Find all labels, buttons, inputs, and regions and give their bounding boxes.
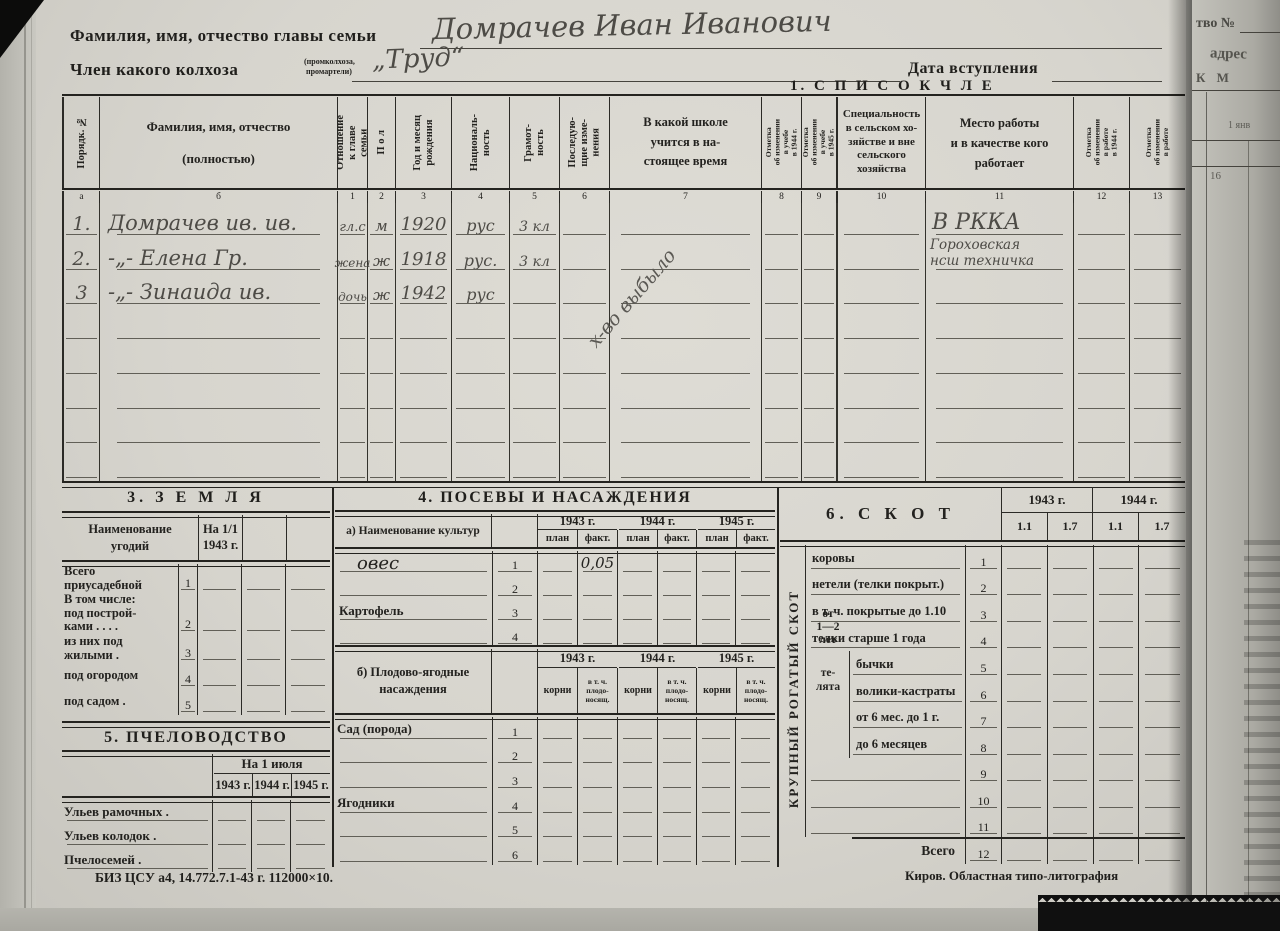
crops-row: 6	[335, 840, 775, 865]
col-num-header: Порядк. №	[62, 97, 100, 188]
member-cell	[802, 203, 838, 238]
member-sex: м	[368, 203, 396, 238]
member-row-empty	[62, 377, 1185, 412]
member-cell	[802, 238, 838, 273]
member-cell	[762, 203, 802, 238]
member-nationality: рус	[452, 203, 510, 238]
crops-b-label: б) Плодово-ягодные насаждения	[335, 649, 492, 713]
section-divider	[777, 487, 779, 867]
writing-line	[420, 48, 1162, 49]
bees-rows: Ульев рамочных . Ульев колодок . Пчелосе…	[62, 800, 330, 872]
col-number: 12	[1074, 191, 1130, 203]
member-cell	[762, 273, 802, 308]
col-letter: б	[100, 191, 338, 203]
member-row: 1. Домрачев ив. ив. гл.с м 1920 рус 3 кл…	[62, 203, 1185, 238]
member-literacy: 3 кл	[510, 238, 560, 273]
col-letter: а	[62, 191, 100, 203]
section-crops: 4. ПОСЕВЫ И НАСАЖДЕНИЯ а) Наименование к…	[335, 487, 775, 865]
writing-line	[1052, 81, 1162, 82]
member-sex: ж	[368, 273, 396, 308]
land-row: под садом . 5	[62, 689, 330, 715]
members-col-numbers: а б 1 2 3 4 5 6 7 8 9 10 11 12 13	[62, 191, 1185, 203]
member-name: Домрачев ив. ив.	[100, 203, 338, 238]
member-name: -„- Елена Гр.	[100, 238, 338, 273]
join-date-label: Дата вступления	[908, 60, 1038, 78]
member-name: -„- Зинаида ив.	[100, 273, 338, 308]
print-code: БИЗ ЦСУ а4, 14.772.7.1-43 г. 112000×10.	[95, 870, 333, 886]
crops-b-rows: Сад (порода) 1 2 3 Ягодники	[335, 717, 775, 865]
members-table-header: Порядк. № Фамилия, имя, отчество(полност…	[62, 97, 1185, 190]
scan-edge-stripes	[1244, 540, 1280, 900]
crops-row: 2	[335, 742, 775, 767]
livestock-title: 6. С К О Т	[780, 487, 1002, 540]
crops-row: Сад (порода) 1	[335, 717, 775, 742]
land-col-blank	[243, 515, 287, 560]
livestock-group-calves: те- лята	[806, 653, 850, 708]
scanned-form: Фамилия, имя, отчество главы семьи Домра…	[0, 0, 1280, 931]
bees-year: 1943 г.	[214, 774, 253, 796]
member-cell	[560, 203, 610, 238]
livestock-year: 1943 г.	[1002, 487, 1093, 513]
book-gutter-shadow	[1168, 0, 1192, 931]
member-sex: ж	[368, 238, 396, 273]
member-cell	[560, 238, 610, 273]
col-sex-header: П о л	[368, 97, 396, 188]
kolkhoz-value: „Труд“	[372, 42, 465, 75]
bees-year: 1944 г.	[253, 774, 292, 796]
crops-year: 1944 г.	[619, 514, 696, 530]
col-mark-study-45-header: Отметка об изменении в учебе в 1945 г.	[802, 97, 838, 188]
head-of-family-label: Фамилия, имя, отчество главы семьи	[70, 26, 377, 46]
land-col-blank	[287, 515, 330, 560]
livestock-vertical-label: КРУПНЫЙ РОГАТЫЙ СКОТ	[782, 553, 805, 845]
crops-year: 1943 г.	[538, 514, 617, 530]
member-literacy: 3 кл	[510, 203, 560, 238]
table-top-rule	[62, 94, 1185, 96]
member-cell	[838, 203, 926, 238]
crops-row: 4	[335, 623, 775, 647]
bees-label-col	[62, 754, 213, 796]
section-bees: 5. ПЧЕЛОВОДСТВО На 1 июля 1943 г. 1944 г…	[62, 727, 330, 872]
col-number: 11	[926, 191, 1074, 203]
member-cell	[838, 273, 926, 308]
col-number: 5	[510, 191, 560, 203]
land-col-label: Наименование угодий	[62, 515, 199, 560]
crops-a-label: а) Наименование культур	[335, 514, 492, 547]
member-cell	[560, 273, 610, 308]
crops-row: Картофель 3	[335, 599, 775, 623]
bees-row: Пчелосемей .	[62, 848, 330, 872]
adjacent-frag: К М	[1196, 70, 1233, 86]
member-birth: 1918	[396, 238, 452, 273]
section-divider	[332, 487, 334, 867]
member-cell	[838, 238, 926, 273]
member-workplace: В РККА	[926, 203, 1074, 238]
crops-row: 2	[335, 575, 775, 599]
member-cell	[1074, 273, 1130, 308]
col-number: 2	[368, 191, 396, 203]
kolkhoz-sub1: (промколхоза,	[304, 57, 355, 66]
member-workplace: Гороховская нсш техничка	[926, 238, 1074, 273]
section-land: 3. З Е М Л Я Наименование угодий На 1/1 …	[62, 487, 330, 715]
member-nationality: рус.	[452, 238, 510, 273]
book-left-edge	[0, 0, 36, 931]
member-row-empty	[62, 446, 1185, 481]
adjacent-frag: 1 янв	[1228, 120, 1250, 131]
col-number: 9	[802, 191, 838, 203]
list-section-title: 1. С П И С О К Ч Л Е	[790, 78, 995, 95]
member-row-empty	[62, 342, 1185, 377]
col-relation-header: Отношение к главе семьи	[338, 97, 368, 188]
crops-num-col	[493, 649, 538, 713]
member-birth: 1920	[396, 203, 452, 238]
printer-name: Киров. Областная типо-литография	[905, 868, 1118, 884]
crops-row: овес 1 0,05	[335, 551, 775, 575]
crops-row: 5	[335, 816, 775, 841]
land-row: под огородом 4	[62, 663, 330, 689]
col-mark-study-44-header: Отметка об изменении в учебе в 1944 г.	[762, 97, 802, 188]
col-school-header: В какой школе учится в на- стоящее время	[610, 97, 762, 188]
land-rows: Всего приусадебной 1 В том числе: под по…	[62, 564, 330, 715]
col-literacy-header: Грамот- ность	[510, 97, 560, 188]
bees-row: Ульев рамочных .	[62, 800, 330, 824]
col-number: 10	[838, 191, 926, 203]
member-num: 1.	[62, 203, 100, 238]
kolkhoz-label: Член какого колхоза	[70, 60, 238, 80]
member-cell	[926, 273, 1074, 308]
binding-serrated-edge	[1038, 902, 1280, 931]
livestock-row: от 6 мес. до 1 г. 7	[780, 705, 1185, 732]
members-rows: 1. Домрачев ив. ив. гл.с м 1920 рус 3 кл…	[62, 203, 1185, 481]
col-name-header: Фамилия, имя, отчество(полностью)	[100, 97, 338, 188]
member-cell	[762, 238, 802, 273]
col-subsequent-header: Последую- щие изме- нения	[560, 97, 610, 188]
section-livestock: 6. С К О Т 1943 г. 1944 г. 1.1 1.7 1.1 1…	[780, 487, 1185, 867]
livestock-group-1-2-years: от 1—2 лет	[806, 600, 850, 655]
bees-date-header: На 1 июля	[214, 754, 330, 774]
land-col-1943: На 1/1 1943 г.	[199, 515, 243, 560]
livestock-row: Всего 12	[780, 837, 1185, 864]
kolkhoz-sub2: промартели)	[306, 67, 352, 76]
col-nationality-header: Националь- ность	[452, 97, 510, 188]
col-number: 6	[560, 191, 610, 203]
col-number: 3	[396, 191, 452, 203]
adjacent-frag: 16	[1210, 170, 1221, 182]
col-number: 7	[610, 191, 762, 203]
member-row: 2. -„- Елена Гр. жена ж 1918 рус. 3 кл Г…	[62, 238, 1185, 273]
livestock-row: нетели (телки покрыт.) 2	[780, 572, 1185, 599]
livestock-total-label: Всего	[806, 837, 965, 864]
member-relation: дочь	[338, 273, 368, 308]
member-cell	[510, 273, 560, 308]
total-rule	[852, 837, 1185, 839]
land-row: Всего приусадебной 1	[62, 564, 330, 593]
crops-row: 3	[335, 766, 775, 791]
land-row: из них под жилыми . 3	[62, 634, 330, 663]
member-nationality: рус	[452, 273, 510, 308]
adjacent-frag: адрес	[1210, 45, 1248, 63]
bees-year: 1945 г.	[292, 774, 330, 796]
member-num: 3	[62, 273, 100, 308]
col-specialty-header: Специальность в сельском хо- зяйстве и в…	[838, 97, 926, 188]
livestock-row: 10	[780, 784, 1185, 811]
member-birth: 1942	[396, 273, 452, 308]
crops-row: Ягодники 4	[335, 791, 775, 816]
land-title: 3. З Е М Л Я	[62, 489, 330, 507]
livestock-row: коровы 1	[780, 545, 1185, 572]
member-relation: жена	[338, 238, 368, 273]
crops-year: 1945 г.	[698, 514, 775, 530]
member-cell	[1074, 203, 1130, 238]
col-workplace-header: Место работы и в качестве кого работает	[926, 97, 1074, 188]
livestock-row: 11	[780, 811, 1185, 838]
member-cell	[802, 273, 838, 308]
col-number: 1	[338, 191, 368, 203]
member-cell	[610, 238, 762, 273]
member-num: 2.	[62, 238, 100, 273]
livestock-row: до 6 месяцев 8	[780, 731, 1185, 758]
col-number: 8	[762, 191, 802, 203]
col-birth-header: Год и месяц рождения	[396, 97, 452, 188]
land-row: В том числе: под построй- ками . . . . 2	[62, 593, 330, 634]
crops-num-col	[493, 514, 538, 547]
member-cell	[1074, 238, 1130, 273]
col-number: 4	[452, 191, 510, 203]
col-mark-work-44-header: Отметка об изменении в работе в 1944 г.	[1074, 97, 1130, 188]
adjacent-frag: тво №	[1196, 16, 1235, 32]
crops-a-rows: овес 1 0,05 2 Картофель 3	[335, 551, 775, 647]
member-row-empty	[62, 412, 1185, 447]
member-relation: гл.с	[338, 203, 368, 238]
bees-row: Ульев колодок .	[62, 824, 330, 848]
bees-title: 5. ПЧЕЛОВОДСТВО	[62, 729, 330, 747]
crops-title: 4. ПОСЕВЫ И НАСАЖДЕНИЯ	[335, 489, 775, 507]
member-cell	[610, 203, 762, 238]
livestock-row: 9	[780, 758, 1185, 785]
